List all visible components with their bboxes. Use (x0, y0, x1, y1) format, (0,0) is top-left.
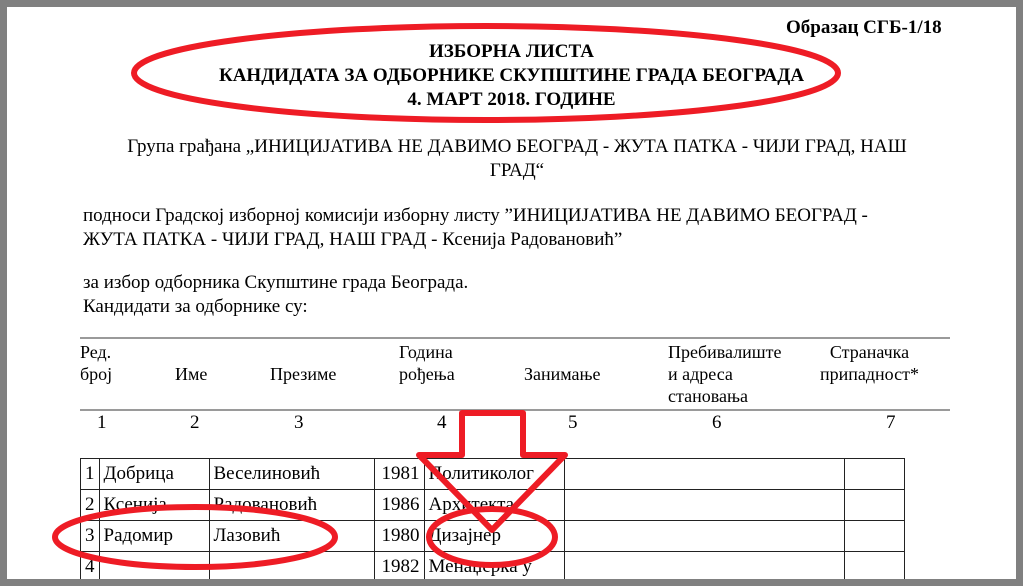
header-party: Страначка припадност* (820, 341, 919, 385)
table-row: 41982Менаџерка у (81, 552, 905, 580)
column-number: 6 (712, 412, 722, 434)
title-line: 4. МАРТ 2018. ГОДИНЕ (7, 88, 1016, 112)
cell-no: 1 (81, 459, 100, 490)
cell-no: 3 (81, 521, 100, 552)
header-rule-top (80, 337, 950, 339)
table-row: 1ДобрицаВеселиновић1981Политиколог (81, 459, 905, 490)
citizen-group: Група грађана „ИНИЦИЈАТИВА НЕ ДАВИМО БЕО… (87, 135, 947, 183)
header-text: Пребивалиште (668, 341, 782, 363)
submission-line: ЖУТА ПАТКА - ЧИЈИ ГРАД, НАШ ГРАД - Ксени… (83, 228, 963, 252)
cell-occupation: Политиколог (424, 459, 564, 490)
title-line: ИЗБОРНА ЛИСТА (7, 40, 1016, 64)
cell-party (844, 521, 904, 552)
submission-text: подноси Градској изборној комисији избор… (83, 204, 963, 252)
header-text: Име (175, 363, 207, 385)
header-text: број (80, 363, 112, 385)
group-line: ГРАД“ (87, 159, 947, 183)
table-row: 3РадомирЛазовић1980Дизајнер (81, 521, 905, 552)
header-text: рођења (399, 363, 455, 385)
cell-address (564, 490, 844, 521)
purpose-line: Кандидати за одборнике су: (83, 295, 963, 319)
submission-line: подноси Градској изборној комисији избор… (83, 204, 963, 228)
candidates-table: 1ДобрицаВеселиновић1981Политиколог2Ксени… (80, 458, 905, 579)
header-occupation: Занимање (524, 363, 601, 385)
cell-last: Веселиновић (209, 459, 374, 490)
column-number: 3 (294, 412, 304, 434)
cell-year: 1980 (374, 521, 424, 552)
cell-party (844, 552, 904, 580)
header-text: Страначка (820, 341, 919, 363)
cell-first: Ксенија (99, 490, 209, 521)
form-code: Образац СГБ-1/18 (786, 17, 942, 39)
column-number: 1 (97, 412, 107, 434)
cell-no: 2 (81, 490, 100, 521)
cell-occupation: Архитекта (424, 490, 564, 521)
column-number: 5 (568, 412, 578, 434)
header-text: Година (399, 341, 455, 363)
cell-party (844, 459, 904, 490)
column-number: 7 (886, 412, 896, 434)
header-text: и адреса (668, 363, 782, 385)
header-text: Презиме (270, 363, 336, 385)
cell-last: Радовановић (209, 490, 374, 521)
cell-last (209, 552, 374, 580)
cell-year: 1986 (374, 490, 424, 521)
header-address: Пребивалиште и адреса становања (668, 341, 782, 407)
header-first-name: Име (175, 363, 207, 385)
cell-no: 4 (81, 552, 100, 580)
cell-first (99, 552, 209, 580)
column-number: 4 (437, 412, 447, 434)
header-text: припадност* (820, 363, 919, 385)
cell-address (564, 521, 844, 552)
cell-occupation: Дизајнер (424, 521, 564, 552)
cell-year: 1982 (374, 552, 424, 580)
group-line: Група грађана „ИНИЦИЈАТИВА НЕ ДАВИМО БЕО… (87, 135, 947, 159)
cell-address (564, 552, 844, 580)
header-birth-year: Година рођења (399, 341, 455, 385)
header-text: Занимање (524, 363, 601, 385)
cell-year: 1981 (374, 459, 424, 490)
cell-first: Радомир (99, 521, 209, 552)
cell-last: Лазовић (209, 521, 374, 552)
document-title: ИЗБОРНА ЛИСТА КАНДИДАТА ЗА ОДБОРНИКЕ СКУ… (7, 40, 1016, 112)
column-number: 2 (190, 412, 200, 434)
header-last-name: Презиме (270, 363, 336, 385)
table-row: 2КсенијаРадовановић1986Архитекта (81, 490, 905, 521)
purpose-line: за избор одборника Скупштине града Беогр… (83, 271, 963, 295)
header-rule-bottom (80, 409, 950, 411)
cell-party (844, 490, 904, 521)
header-text: становања (668, 385, 782, 407)
cell-address (564, 459, 844, 490)
header-row-number: Ред. број (80, 341, 112, 385)
cell-occupation: Менаџерка у (424, 552, 564, 580)
header-text: Ред. (80, 341, 112, 363)
purpose-text: за избор одборника Скупштине града Беогр… (83, 271, 963, 319)
document-page: Образац СГБ-1/18 ИЗБОРНА ЛИСТА КАНДИДАТА… (7, 7, 1016, 579)
title-line: КАНДИДАТА ЗА ОДБОРНИКЕ СКУПШТИНЕ ГРАДА Б… (7, 64, 1016, 88)
cell-first: Добрица (99, 459, 209, 490)
